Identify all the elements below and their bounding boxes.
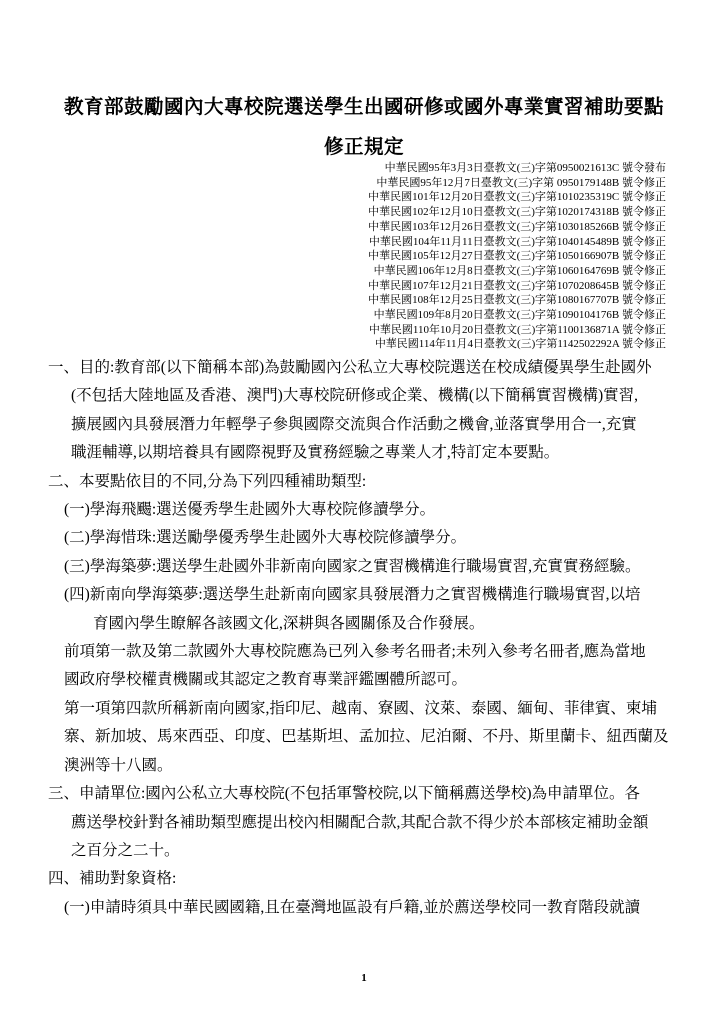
body-line: 薦送學校針對各補助類型應提出校內相關配合款,其配合款不得少於本部核定補助金額 [0, 809, 728, 837]
amendment-line: 中華民國114年11月4日臺教文(三)字第1142502292A 號令修正 [368, 337, 666, 352]
document-body: 一、目的:教育部(以下簡稱本部)為鼓勵國內公私立大專校院選送在校成績優異學生赴國… [0, 354, 728, 922]
amendment-line: 中華民國104年11月11日臺教文(三)字第1040145489B 號令修正 [368, 235, 666, 250]
amendment-line: 中華民國95年12月7日臺教文(三)字第 0950179148B 號令修正 [368, 176, 666, 191]
body-line: 四、補助對象資格: [0, 865, 728, 893]
amendment-line: 中華民國110年10月20日臺教文(三)字第1100136871A 號令修正 [368, 323, 666, 338]
body-line: 前項第一款及第二款國外大專校院應為已列入參考名冊者;未列入參考名冊者,應為當地 [0, 638, 728, 666]
page-number: 1 [0, 972, 728, 984]
body-line: 寨、新加坡、馬來西亞、印度、巴基斯坦、孟加拉、尼泊爾、不丹、斯里蘭卡、紐西蘭及 [0, 723, 728, 751]
body-line: 育國內學生瞭解各該國文化,深耕與各國關係及合作發展。 [0, 610, 728, 638]
amendment-line: 中華民國109年8月20日臺教文(三)字第1090104176B 號令修正 [368, 308, 666, 323]
body-line: (三)學海築夢:選送學生赴國外非新南向國家之實習機構進行職場實習,充實實務經驗。 [0, 553, 728, 581]
body-line: 澳洲等十八國。 [0, 752, 728, 780]
amendment-line: 中華民國95年3月3日臺教文(三)字第0950021613C 號令發布 [368, 161, 666, 176]
body-line: 第一項第四款所稱新南向國家,指印尼、越南、寮國、汶萊、泰國、緬甸、菲律賓、柬埔 [0, 695, 728, 723]
body-line: 擴展國內具發展潛力年輕學子參與國際交流與合作活動之機會,並落實學用合一,充實 [0, 411, 728, 439]
body-line: (二)學海惜珠:選送勵學優秀學生赴國外大專校院修讀學分。 [0, 524, 728, 552]
body-line: 三、申請單位:國內公私立大專校院(不包括軍警校院,以下簡稱薦送學校)為申請單位。… [0, 780, 728, 808]
amendment-history: 中華民國95年3月3日臺教文(三)字第0950021613C 號令發布 中華民國… [368, 161, 666, 352]
body-line: 國政府學校權責機關或其認定之教育專業評鑑團體所認可。 [0, 666, 728, 694]
body-line: 職涯輔導,以期培養具有國際視野及實務經驗之專業人才,特訂定本要點。 [0, 439, 728, 467]
body-line: (四)新南向學海築夢:選送學生赴新南向國家具發展潛力之實習機構進行職場實習,以培 [0, 581, 728, 609]
amendment-line: 中華民國101年12月20日臺教文(三)字第1010235319C 號令修正 [368, 190, 666, 205]
body-line: 二、本要點依目的不同,分為下列四種補助類型: [0, 468, 728, 496]
amendment-line: 中華民國102年12月10日臺教文(三)字第1020174318B 號令修正 [368, 205, 666, 220]
amendment-line: 中華民國105年12月27日臺教文(三)字第1050166907B 號令修正 [368, 249, 666, 264]
amendment-line: 中華民國107年12月21日臺教文(三)字第1070208645B 號令修正 [368, 279, 666, 294]
amendment-line: 中華民國103年12月26日臺教文(三)字第1030185266B 號令修正 [368, 220, 666, 235]
document-title: 教育部鼓勵國內大專校院選送學生出國研修或國外專業實習補助要點 修正規定 [0, 88, 728, 168]
amendment-line: 中華民國108年12月25日臺教文(三)字第1080167707B 號令修正 [368, 293, 666, 308]
body-line: (不包括大陸地區及香港、澳門)大專校院研修或企業、機構(以下簡稱實習機構)實習, [0, 382, 728, 410]
body-line: 一、目的:教育部(以下簡稱本部)為鼓勵國內公私立大專校院選送在校成績優異學生赴國… [0, 354, 728, 382]
title-line-1: 教育部鼓勵國內大專校院選送學生出國研修或國外專業實習補助要點 [0, 88, 728, 128]
body-line: (一)申請時須具中華民國國籍,且在臺灣地區設有戶籍,並於薦送學校同一教育階段就讀 [0, 894, 728, 922]
document-page: 教育部鼓勵國內大專校院選送學生出國研修或國外專業實習補助要點 修正規定 中華民國… [0, 0, 728, 1030]
body-line: (一)學海飛颺:選送優秀學生赴國外大專校院修讀學分。 [0, 496, 728, 524]
body-line: 之百分之二十。 [0, 837, 728, 865]
amendment-line: 中華民國106年12月8日臺教文(三)字第1060164769B 號令修正 [368, 264, 666, 279]
